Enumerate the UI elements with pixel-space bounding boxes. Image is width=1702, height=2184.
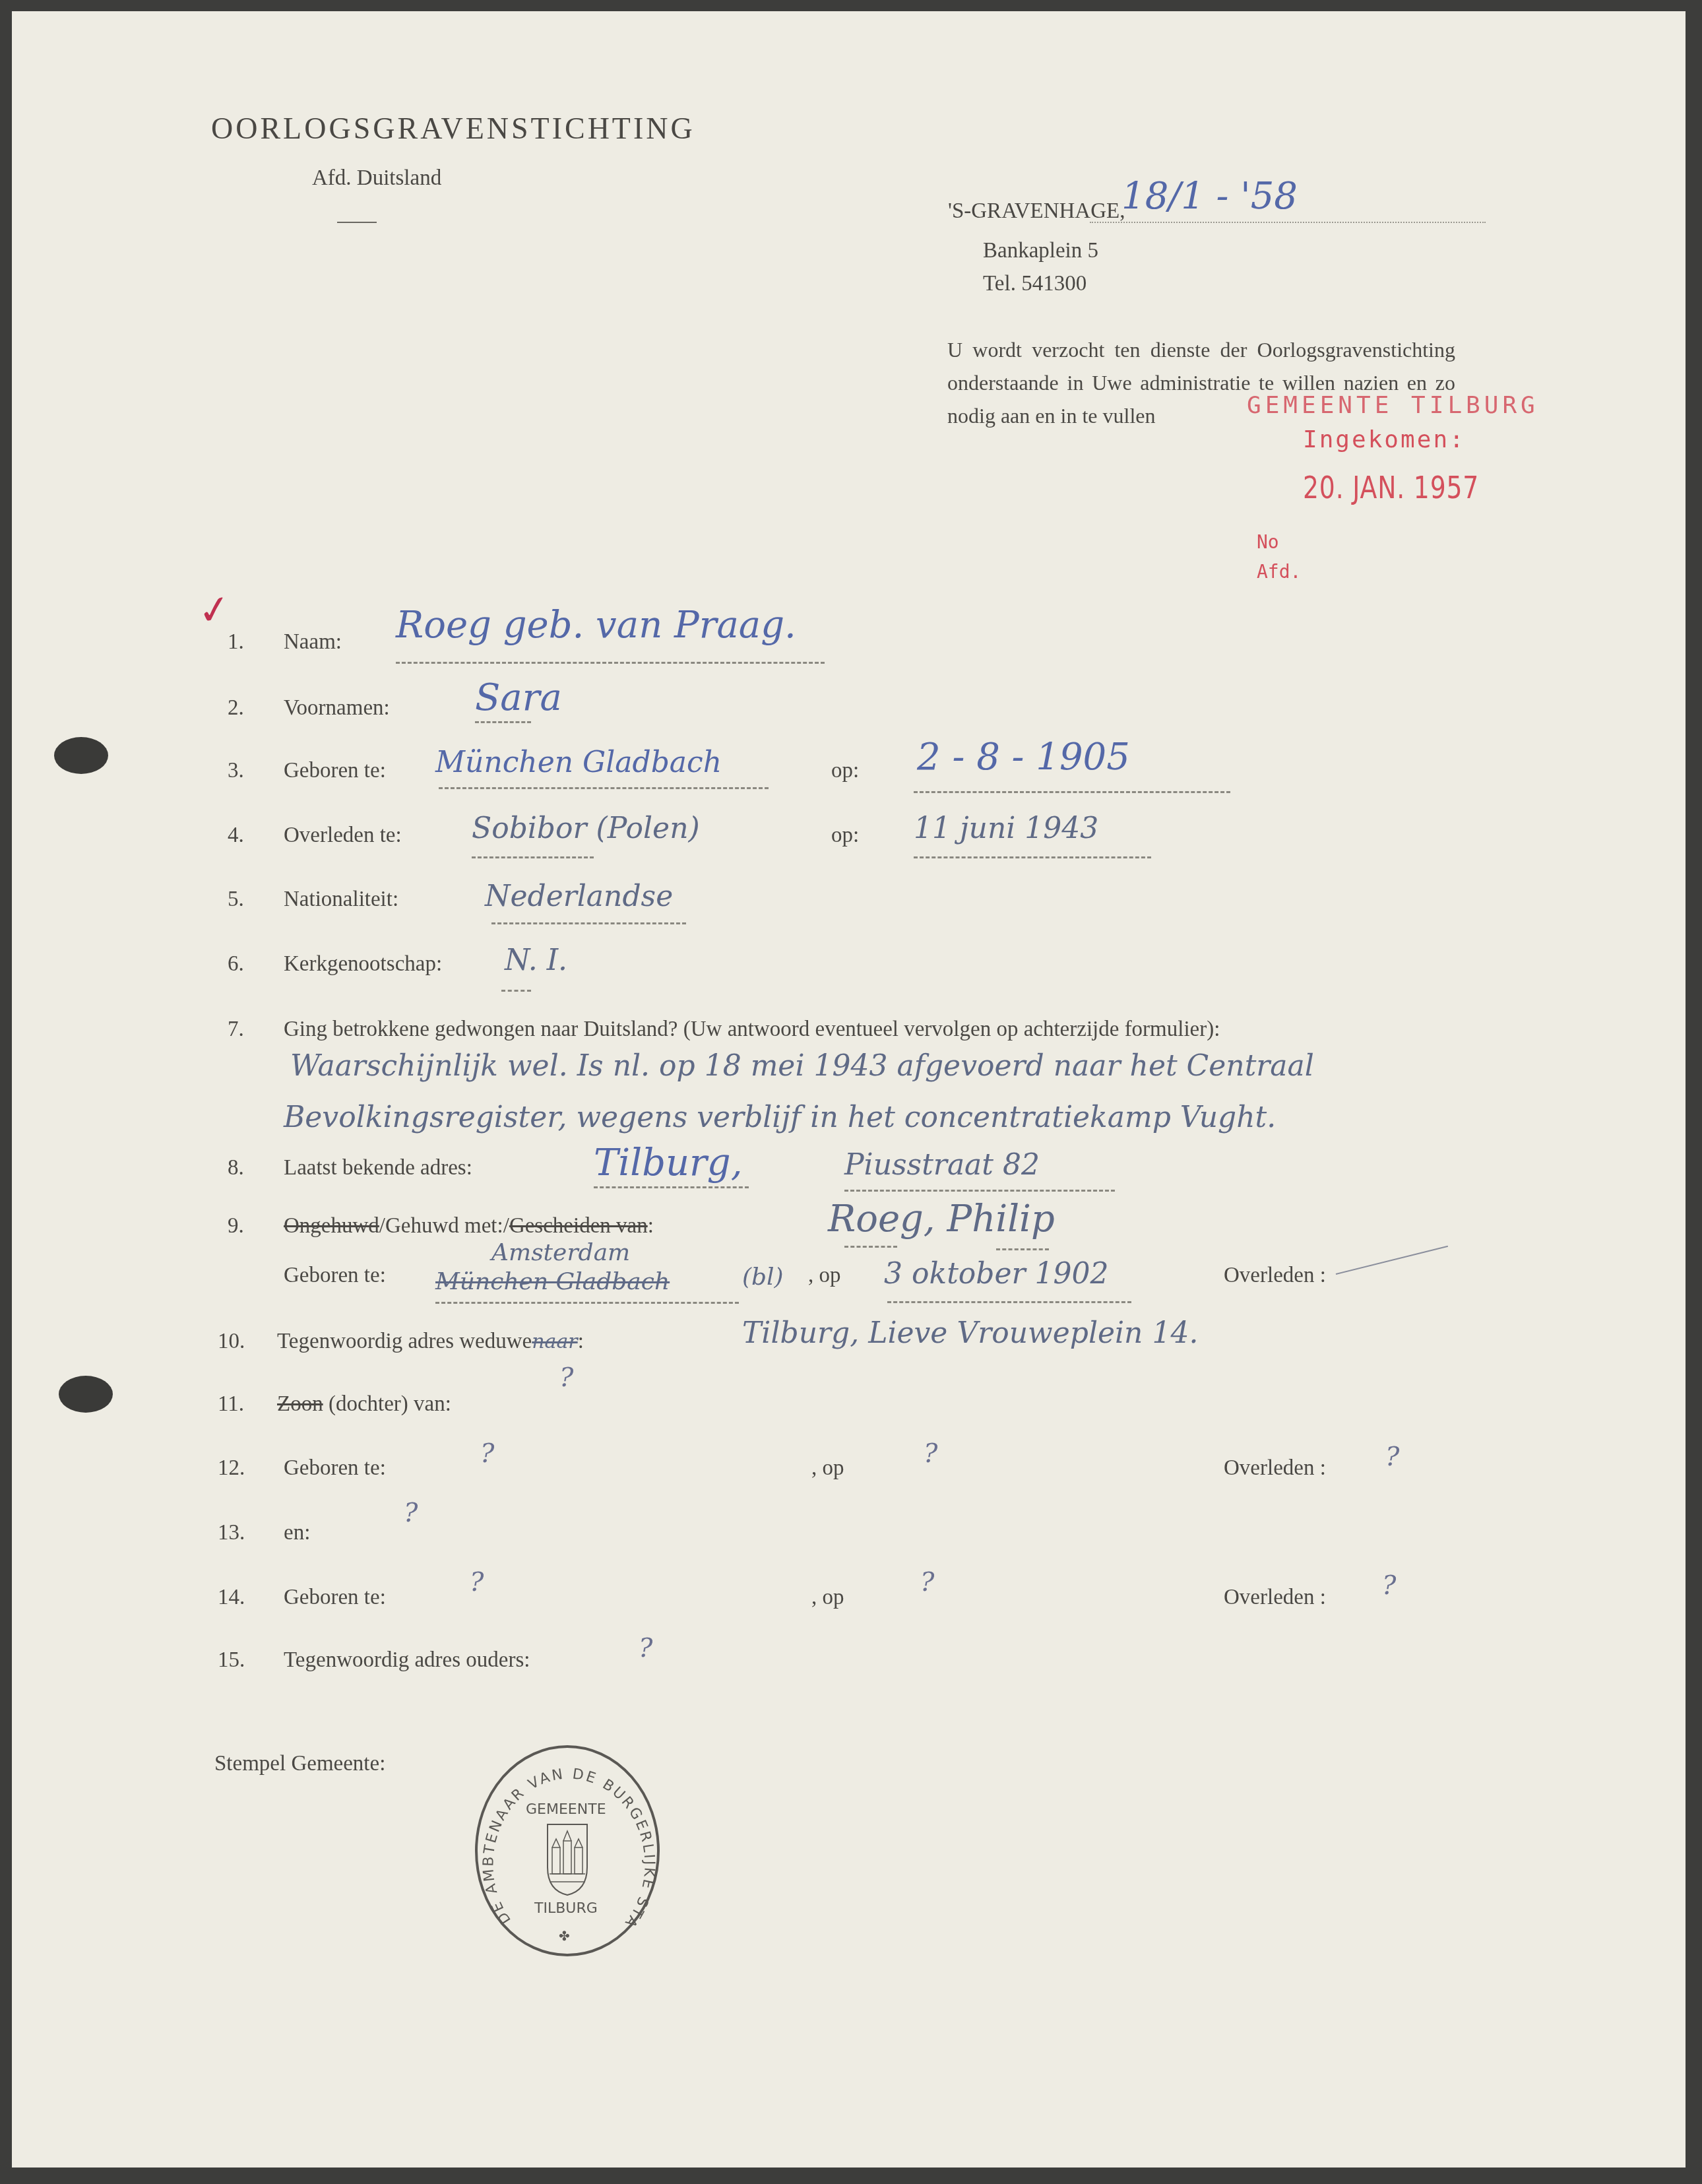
item-1-label: Naam: — [284, 630, 342, 655]
item-5-number: 5. — [228, 887, 244, 912]
item-5-label: Nationaliteit: — [284, 887, 398, 912]
date-line — [1090, 222, 1486, 223]
received-stamp-afd: Afd. — [1257, 561, 1301, 583]
phone-number: Tel. 541300 — [983, 272, 1087, 296]
place-of-death-field[interactable]: Sobibor (Polen) — [472, 812, 700, 845]
parents-address-field[interactable]: ? — [639, 1633, 652, 1663]
item-12-label: Geboren te: — [284, 1456, 386, 1481]
item-14-number: 14. — [218, 1586, 245, 1610]
spouse-birthplace-field[interactable]: Amsterdam — [491, 1239, 630, 1266]
item-2-number: 2. — [228, 696, 244, 721]
item-9-number: 9. — [228, 1214, 244, 1238]
item-6-label: Kerkgenootschap: — [284, 952, 442, 977]
item-13-number: 13. — [218, 1521, 245, 1545]
item-15-label: Tegenwoordig adres ouders: — [284, 1648, 530, 1673]
spouse-born-label: Geboren te: — [284, 1264, 386, 1288]
item-7-answer-line-2[interactable]: Bevolkingsregister, wegens verblijf in h… — [284, 1101, 1276, 1134]
last-address-street-field[interactable]: Piusstraat 82 — [844, 1148, 1040, 1182]
item-2-label: Voornamen: — [284, 696, 390, 721]
birthplace-field[interactable]: München Gladbach — [435, 746, 722, 779]
spouse-birthdate-line — [887, 1301, 1131, 1303]
seal-center-top: GEMEENTE — [526, 1801, 606, 1818]
punch-hole-top — [54, 737, 108, 774]
item-2-line — [475, 721, 531, 723]
spouse-name-field[interactable]: Roeg, Philip — [828, 1198, 1055, 1240]
spouse-birthplace-struck: München Gladbach — [435, 1268, 670, 1295]
item-8-number: 8. — [228, 1156, 244, 1180]
municipal-stamp-label: Stempel Gemeente: — [214, 1752, 385, 1776]
item-9-label: Ongehuwd/Gehuwd met:/Gescheiden van: — [284, 1214, 654, 1238]
father-birthplace-field[interactable]: ? — [480, 1438, 494, 1469]
mother-birthdate-field[interactable]: ? — [920, 1567, 934, 1597]
item-3-line — [439, 787, 769, 789]
mother-died-field[interactable]: ? — [1382, 1570, 1396, 1601]
department-label: Afd. Duitsland — [312, 166, 441, 191]
item-15-number: 15. — [218, 1648, 245, 1673]
item-4-op-line — [914, 856, 1151, 858]
item-1-line — [396, 662, 825, 664]
punch-hole-bottom — [59, 1376, 113, 1413]
first-names-field[interactable]: Sara — [475, 676, 562, 719]
item-7-number: 7. — [228, 1017, 244, 1042]
seal-ring-icon: DE AMBTENAAR VAN DE BURGERLIJKE STAND — [472, 1742, 663, 1960]
spouse-died-label: Overleden : — [1224, 1264, 1326, 1288]
widow-address-field[interactable]: Tilburg, Lieve Vrouweplein 14. — [742, 1316, 1198, 1350]
spouse-birthdate-field[interactable]: 3 oktober 1902 — [884, 1257, 1109, 1291]
item-10-number: 10. — [218, 1330, 245, 1354]
father-died-field[interactable]: ? — [1385, 1442, 1399, 1472]
organization-title: OORLOGSGRAVENSTICHTING — [211, 111, 695, 146]
nationality-field[interactable]: Nederlandse — [485, 880, 673, 913]
item-11-label: Zoon (dochter) van: — [277, 1392, 451, 1417]
spouse-birthplace-suffix: (bl) — [742, 1264, 784, 1291]
item-12-died-label: Overleden : — [1224, 1456, 1326, 1481]
mother-birthplace-field[interactable]: ? — [470, 1567, 484, 1597]
parents-of-field[interactable]: ? — [559, 1363, 573, 1393]
date-of-death-field[interactable]: 11 juni 1943 — [914, 812, 1098, 845]
municipal-seal: DE AMBTENAAR VAN DE BURGERLIJKE STAND GE… — [472, 1742, 663, 1960]
item-4-label: Overleden te: — [284, 823, 402, 848]
item-4-line — [472, 856, 594, 858]
item-1-number: 1. — [228, 630, 244, 655]
item-7-answer-line-1[interactable]: Waarschijnlijk wel. Is nl. op 18 mei 194… — [290, 1049, 1314, 1083]
spouse-op-label: , op — [808, 1264, 841, 1288]
item-3-number: 3. — [228, 759, 244, 783]
item-3-op-line — [914, 791, 1230, 793]
last-address-city-field[interactable]: Tilburg, — [594, 1141, 743, 1184]
city-label: 'S-GRAVENHAGE, — [948, 199, 1125, 224]
item-6-number: 6. — [228, 952, 244, 977]
divorced-option-struck: Gescheiden van — [509, 1214, 648, 1238]
weduwnaar-struck: naar — [532, 1330, 577, 1353]
married-option: /Gehuwd met:/ — [379, 1214, 509, 1238]
religion-field[interactable]: N. I. — [505, 944, 567, 977]
spouse-birthplace-line — [435, 1302, 739, 1304]
seal-ornament-icon: ✤ — [559, 1928, 570, 1944]
item-9-line-2 — [996, 1248, 1049, 1250]
item-3-label: Geboren te: — [284, 759, 386, 783]
item-8-line-2 — [844, 1190, 1115, 1192]
item-8-label: Laatst bekende adres: — [284, 1156, 472, 1180]
item-11-number: 11. — [218, 1392, 244, 1417]
item-3-op-label: op: — [831, 759, 859, 783]
father-birthdate-field[interactable]: ? — [924, 1438, 937, 1469]
item-12-op-label: , op — [811, 1456, 844, 1481]
mother-name-field[interactable]: ? — [404, 1498, 418, 1528]
item-5-line — [491, 922, 686, 924]
surname-field[interactable]: Roeg geb. van Praag. — [396, 604, 796, 647]
item-4-number: 4. — [228, 823, 244, 848]
item-6-line — [501, 990, 531, 992]
son-option-struck: Zoon — [277, 1392, 323, 1416]
received-stamp-ingekomen: Ingekomen: — [1303, 426, 1466, 453]
item-12-number: 12. — [218, 1456, 245, 1481]
date-handwritten: 18/1 - '58 — [1121, 175, 1298, 218]
item-14-died-label: Overleden : — [1224, 1586, 1326, 1610]
item-9-line — [844, 1246, 897, 1248]
item-14-op-label: , op — [811, 1586, 844, 1610]
received-stamp-date: 20. JAN. 1957 — [1303, 470, 1479, 505]
item-4-op-label: op: — [831, 823, 859, 848]
birthdate-field[interactable]: 2 - 8 - 1905 — [917, 736, 1130, 779]
seal-center-bottom: TILBURG — [534, 1900, 598, 1917]
received-stamp-no: No — [1257, 531, 1279, 553]
item-14-label: Geboren te: — [284, 1586, 386, 1610]
item-10-label: Tegenwoordig adres weduwenaar: — [277, 1330, 584, 1354]
item-13-label: en: — [284, 1521, 310, 1545]
item-7-question: Ging betrokkene gedwongen naar Duitsland… — [284, 1017, 1220, 1042]
checkmark-icon: ✓ — [195, 585, 234, 635]
unmarried-option-struck: Ongehuwd — [284, 1214, 379, 1238]
header-divider — [337, 222, 377, 223]
street-address: Bankaplein 5 — [983, 239, 1098, 263]
received-stamp-municipality: GEMEENTE TILBURG — [1247, 392, 1539, 419]
item-8-line — [594, 1186, 749, 1188]
